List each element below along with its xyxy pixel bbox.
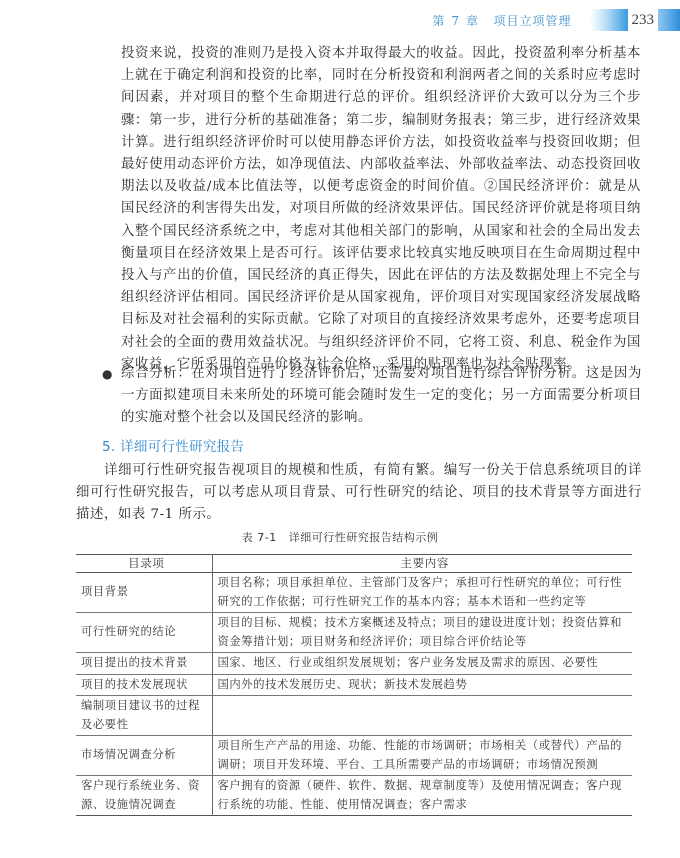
table-cell-content: 客户拥有的资源（硬件、软件、数据、规章制度等）及使用情况调查；客户现行系统的功能…: [212, 776, 632, 816]
header-gradient-bar-right: [658, 9, 680, 31]
table-row: 可行性研究的结论 项目的目标、规模；技术方案概述及特点；项目的建设进度计划；投资…: [76, 613, 632, 653]
body-paragraph-economic-evaluation: 投资来说，投资的准则乃是投入资本并取得最大的收益。因此，投资盈利率分析基本上就在…: [121, 43, 641, 376]
table-cell-item: 客户现行系统业务、资源、设施情况调查: [76, 776, 212, 816]
table-row: 项目提出的技术背景 国家、地区、行业或组织发展规划；客户业务发展及需求的原因、必…: [76, 653, 632, 675]
table-cell-content: 项目名称；项目承担单位、主管部门及客户；承担可行性研究的单位；可行性研究的工作依…: [212, 573, 632, 613]
table-cell-content: 国家、地区、行业或组织发展规划；客户业务发展及需求的原因、必要性: [212, 653, 632, 675]
header-gradient-bar-left: [590, 9, 628, 31]
table-cell-content: 项目的目标、规模；技术方案概述及特点；项目的建设进度计划；投资估算和资金筹措计划…: [212, 613, 632, 653]
column-header-content: 主要内容: [212, 555, 632, 573]
chapter-label: 第7章 项目立项管理: [432, 12, 571, 29]
chapter-prefix: 第: [432, 14, 445, 28]
bullet-item-comprehensive-analysis: ● 综合分析：在对项目进行了经济评价后，还需要对项目进行综合评价分析。这是因为一…: [102, 363, 642, 430]
table-cell-content: 项目所生产产品的用途、功能、性能的市场调研；市场相关（或替代）产品的调研；项目开…: [212, 736, 632, 776]
table-header-row: 目录项 主要内容: [76, 555, 632, 573]
section-heading: 5. 详细可行性研究报告: [102, 435, 244, 455]
table-row: 市场情况调查分析 项目所生产产品的用途、功能、性能的市场调研；市场相关（或替代）…: [76, 736, 632, 776]
bullet-text: 综合分析：在对项目进行了经济评价后，还需要对项目进行综合评价分析。这是因为一方面…: [121, 363, 642, 430]
table-cell-item: 项目的技术发展现状: [76, 674, 212, 696]
bullet-dot-icon: ●: [102, 363, 121, 430]
table-caption-number: 表 7-1: [242, 531, 277, 544]
table-row: 项目的技术发展现状 国内外的技术发展历史、现状；新技术发展趋势: [76, 674, 632, 696]
running-header: 第7章 项目立项管理 233: [432, 8, 680, 32]
table-row: 编制项目建议书的过程及必要性: [76, 696, 632, 736]
body-paragraph-feasibility-report: 详细可行性研究报告视项目的规模和性质，有简有繁。编写一份关于信息系统项目的详细可…: [76, 460, 642, 527]
chapter-number: 7: [451, 14, 460, 28]
chapter-suffix: 章: [466, 14, 479, 28]
feasibility-report-structure-table: 目录项 主要内容 项目背景 项目名称；项目承担单位、主管部门及客户；承担可行性研…: [76, 554, 632, 816]
table-cell-item: 编制项目建议书的过程及必要性: [76, 696, 212, 736]
table-row: 项目背景 项目名称；项目承担单位、主管部门及客户；承担可行性研究的单位；可行性研…: [76, 573, 632, 613]
table-caption: 表 7-1详细可行性研究报告结构示例: [0, 529, 680, 545]
table-cell-item: 可行性研究的结论: [76, 613, 212, 653]
table-cell-item: 市场情况调查分析: [76, 736, 212, 776]
table-caption-title: 详细可行性研究报告结构示例: [289, 531, 439, 544]
column-header-item: 目录项: [76, 555, 212, 573]
chapter-title: 项目立项管理: [493, 14, 571, 28]
table-cell-content: 国内外的技术发展历史、现状；新技术发展趋势: [212, 674, 632, 696]
table-cell-item: 项目提出的技术背景: [76, 653, 212, 675]
page-number: 233: [628, 9, 659, 31]
table-cell-content: [212, 696, 632, 736]
table-cell-item: 项目背景: [76, 573, 212, 613]
table-row: 客户现行系统业务、资源、设施情况调查 客户拥有的资源（硬件、软件、数据、规章制度…: [76, 776, 632, 816]
